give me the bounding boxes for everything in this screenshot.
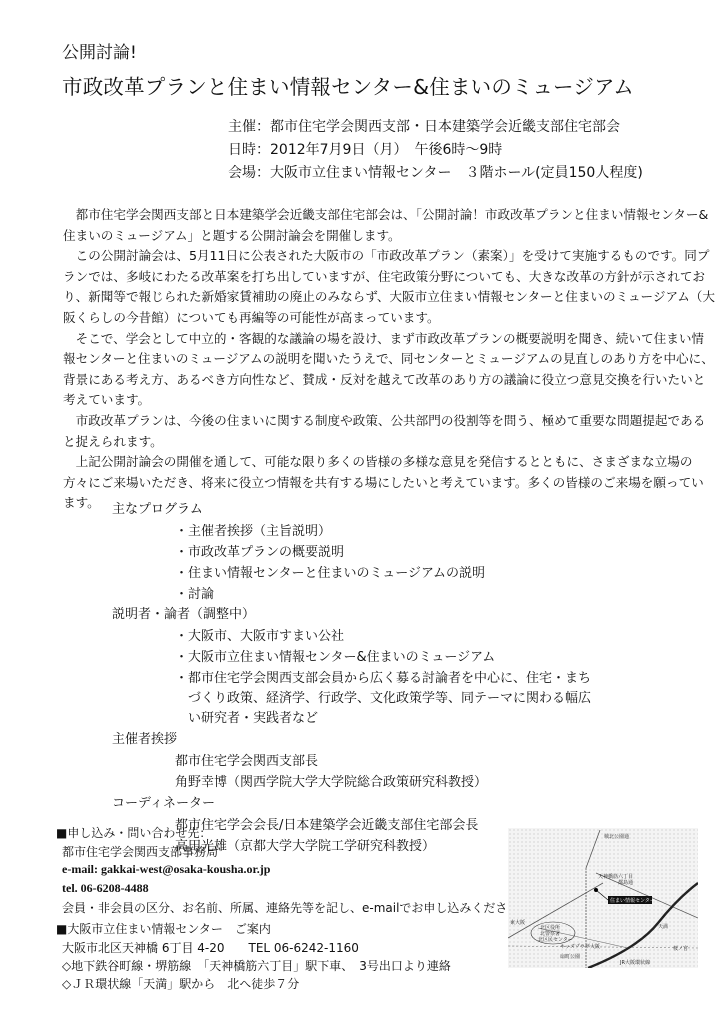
speaker-item: ・都市住宅学会関西支部会員から広く募る討論者を中心に、住宅・まち	[175, 667, 591, 686]
access-route-jr: ◇ＪＲ環状線「天満」駅から 北へ徒歩７分	[62, 975, 299, 992]
map-graphic: 住まい情報センター 北区役所 北警察署 北区民センター キッズプラザ大阪 扇町公…	[508, 828, 698, 968]
access-address: 大阪市北区天神橋 6丁目 4-20 TEL 06-6242-1160	[62, 939, 359, 956]
svg-text:北区民センター: 北区民センター	[538, 936, 573, 943]
speakers-heading: 説明者・論者（調整中）	[112, 603, 255, 622]
speaker-item-cont: い研究者・実践者など	[188, 707, 318, 726]
program-item: ・討論	[175, 583, 214, 602]
speaker-item: ・大阪市、大阪市すまい公社	[175, 625, 344, 644]
contact-tel: tel. 06-6208-4488	[62, 881, 149, 896]
contact-note: 会員・非会員の区分、お名前、所属、連絡先等を記し、e-mailでお申し込みくださ…	[62, 899, 519, 916]
svg-text:桜ノ宮: 桜ノ宮	[673, 945, 688, 952]
access-route-subway: ◇地下鉄谷町線・堺筋線 「天神橋筋六丁目」駅下車、 3号出口より連絡	[62, 957, 451, 974]
page-title: 市政改革プランと住まい情報センター&住まいのミュージアム	[62, 70, 634, 100]
svg-text:天満: 天満	[658, 923, 668, 930]
venue-line: 会場：大阪市立住まい情報センター ３階ホール(定員150人程度)	[228, 162, 643, 182]
body-paragraph: この公開討論会は、5月11日に公表された大阪市の「市政改革プラン（素案）」を受け…	[63, 246, 715, 328]
program-item: ・住まい情報センターと住まいのミュージアムの説明	[175, 562, 485, 581]
speaker-item: ・大阪市立住まい情報センター&住まいのミュージアム	[175, 646, 495, 665]
contact-office: 都市住宅学会関西支部事務局	[62, 843, 218, 860]
greeting-heading: 主催者挨拶	[112, 728, 177, 747]
program-heading: 主なプログラム	[112, 498, 203, 517]
program-item: ・主催者挨拶（主旨説明）	[175, 520, 331, 539]
pre-title: 公開討論!	[62, 38, 137, 63]
svg-text:東大阪: 東大阪	[510, 919, 525, 926]
speaker-item-cont: づくり政策、経済学、行政学、文化政策学等、同テーマに関わる幅広	[188, 687, 591, 706]
svg-text:城北公園通: 城北公園通	[604, 833, 629, 840]
body-paragraph: 市政改革プランは、今後の住まいに関する制度や政策、公共部門の役割等を問う、極めて…	[63, 411, 715, 452]
map-label-center: 住まい情報センター	[610, 897, 655, 904]
organizer-line: 主催：都市住宅学会関西支部・日本建築学会近畿支部住宅部会	[228, 116, 620, 136]
svg-text:キッズプラザ大阪: キッズプラザ大阪	[560, 943, 600, 950]
svg-text:扇町公園: 扇町公園	[560, 953, 580, 960]
datetime-line: 日時：2012年7月9日（月） 午後6時〜9時	[228, 139, 502, 159]
svg-text:北区役所: 北区役所	[540, 924, 560, 931]
svg-text:都島通: 都島通	[618, 879, 633, 886]
contact-heading: ■申し込み・問い合わせ先：	[56, 824, 211, 841]
contact-email[interactable]: e-mail: gakkai-west@osaka-kousha.or.jp	[62, 862, 270, 877]
coordinator-heading: コーディネーター	[112, 792, 215, 811]
svg-text:JR大阪環状線: JR大阪環状線	[619, 959, 650, 966]
body-paragraph: そこで、学会として中立的・客観的な議論の場を設け、まず市政改革プランの概要説明を…	[63, 329, 715, 411]
svg-text:北警察署: 北警察署	[540, 930, 560, 937]
body-paragraph: 都市住宅学会関西支部と日本建築学会近畿支部住宅部会は、「公開討論！市政改革プラン…	[63, 205, 715, 246]
access-map: 住まい情報センター 北区役所 北警察署 北区民センター キッズプラザ大阪 扇町公…	[508, 828, 698, 968]
greeting-name: 角野幸博（関西学院大学大学院総合政策研究科教授）	[175, 771, 487, 790]
body-text: 都市住宅学会関西支部と日本建築学会近畿支部住宅部会は、「公開討論！市政改革プラン…	[63, 205, 715, 514]
program-item: ・市政改革プランの概要説明	[175, 541, 344, 560]
svg-text:天神橋筋六丁目: 天神橋筋六丁目	[598, 873, 633, 880]
greeting-role: 都市住宅学会関西支部長	[175, 750, 318, 769]
coordinator-role: 都市住宅学会会長/日本建築学会近畿支部住宅部会長	[175, 814, 478, 833]
access-heading: ■大阪市立住まい情報センター ご案内	[56, 920, 271, 937]
